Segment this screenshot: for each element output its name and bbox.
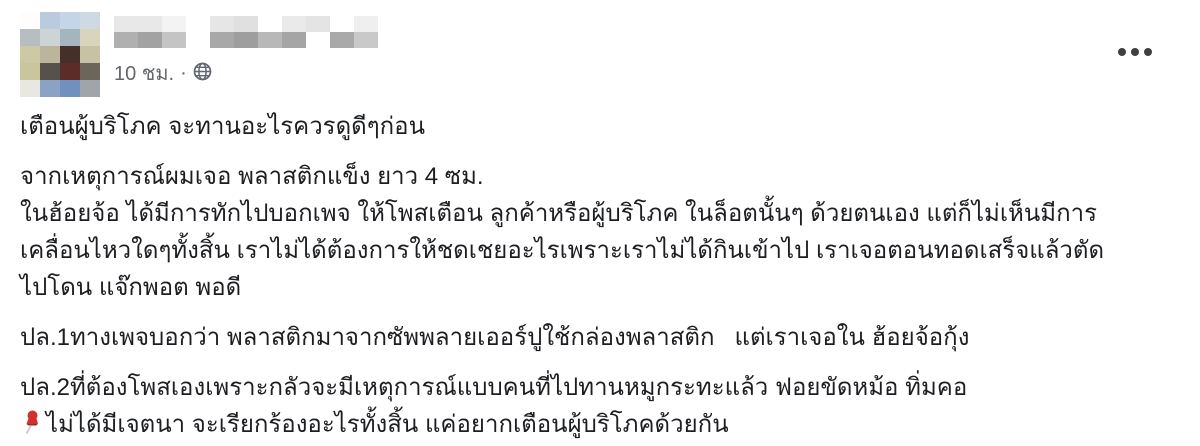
post-options-button[interactable] <box>1112 42 1158 62</box>
post-text-line: เตือนผู้บริโภค จะทานอะไรควรดูดีๆก่อน <box>20 108 1180 145</box>
ellipsis-icon <box>1118 48 1126 56</box>
timestamp[interactable]: 10 ชม. <box>114 57 174 89</box>
author-name-redacted[interactable] <box>114 16 380 48</box>
post-header: 10 ชม. · <box>20 12 1180 100</box>
post-text-line: เคลื่อนไหวใดๆทั้งสิ้น เราไม่ได้ต้องการให… <box>20 232 1180 269</box>
meta-separator: · <box>180 62 187 85</box>
post-text-line: ปล.1ทางเพจบอกว่า พลาสติกมาจากซัพพลายเออร… <box>20 319 1180 356</box>
facebook-post: 10 ชม. · เตือนผู้บริโภค จะทานอะไรควรดูดี… <box>0 0 1200 446</box>
post-text-line: ปล.2ที่ต้องโพสเองเพราะกลัวจะมีเหตุการณ์แ… <box>20 369 1180 406</box>
ellipsis-icon <box>1131 48 1139 56</box>
post-text-line: จากเหตุการณ์ผมเจอ พลาสติกแข็ง ยาว 4 ซม. <box>20 158 1180 195</box>
post-text: เตือนผู้บริโภค จะทานอะไรควรดูดีๆก่อนจากเ… <box>20 108 1180 443</box>
post-paragraph: เตือนผู้บริโภค จะทานอะไรควรดูดีๆก่อน <box>20 108 1180 145</box>
author-block: 10 ชม. · <box>114 12 380 89</box>
pushpin-icon <box>20 409 44 435</box>
post-text-line: ไปโดน แจ๊กพอต พอดี <box>20 269 1180 306</box>
avatar[interactable] <box>20 12 100 97</box>
post-paragraph: ปล.1ทางเพจบอกว่า พลาสติกมาจากซัพพลายเออร… <box>20 319 1180 356</box>
ellipsis-icon <box>1144 48 1152 56</box>
post-text-line: ไม่ได้มีเจตนา จะเรียกร้องอะไรทั้งสิ้น แค… <box>20 406 1180 443</box>
post-paragraph: ปล.2ที่ต้องโพสเองเพราะกลัวจะมีเหตุการณ์แ… <box>20 369 1180 443</box>
post-meta: 10 ชม. · <box>114 57 380 89</box>
post-text-line: ในฮ้อยจ้อ ได้มีการทักไปบอกเพจ ให้โพสเตือ… <box>20 195 1180 232</box>
post-paragraph: จากเหตุการณ์ผมเจอ พลาสติกแข็ง ยาว 4 ซม.ใ… <box>20 158 1180 306</box>
globe-public-icon <box>193 62 212 87</box>
